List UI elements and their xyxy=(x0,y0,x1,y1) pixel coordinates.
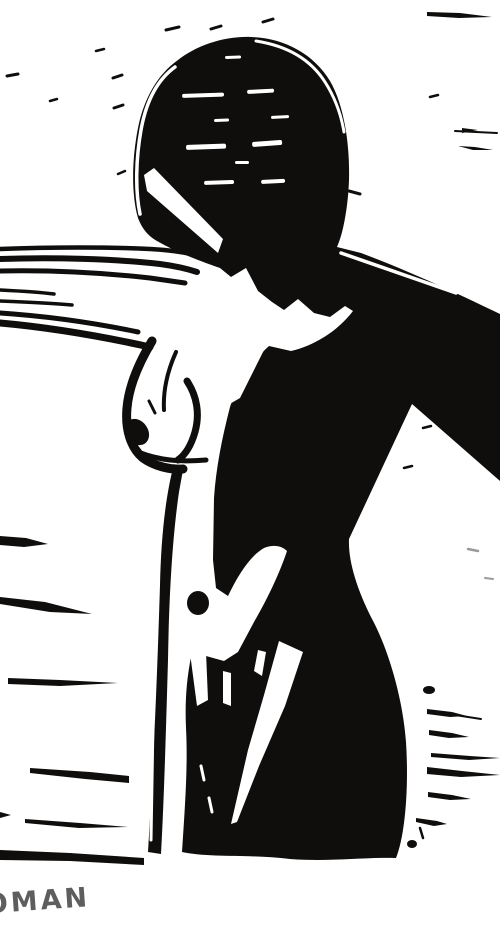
leg-sliver-3 xyxy=(223,671,231,706)
artwork-print: OMAN xyxy=(0,0,500,933)
linocut-canvas: OMAN xyxy=(0,0,500,933)
faint-mark-2 xyxy=(485,578,493,579)
belly-dot xyxy=(187,591,209,615)
